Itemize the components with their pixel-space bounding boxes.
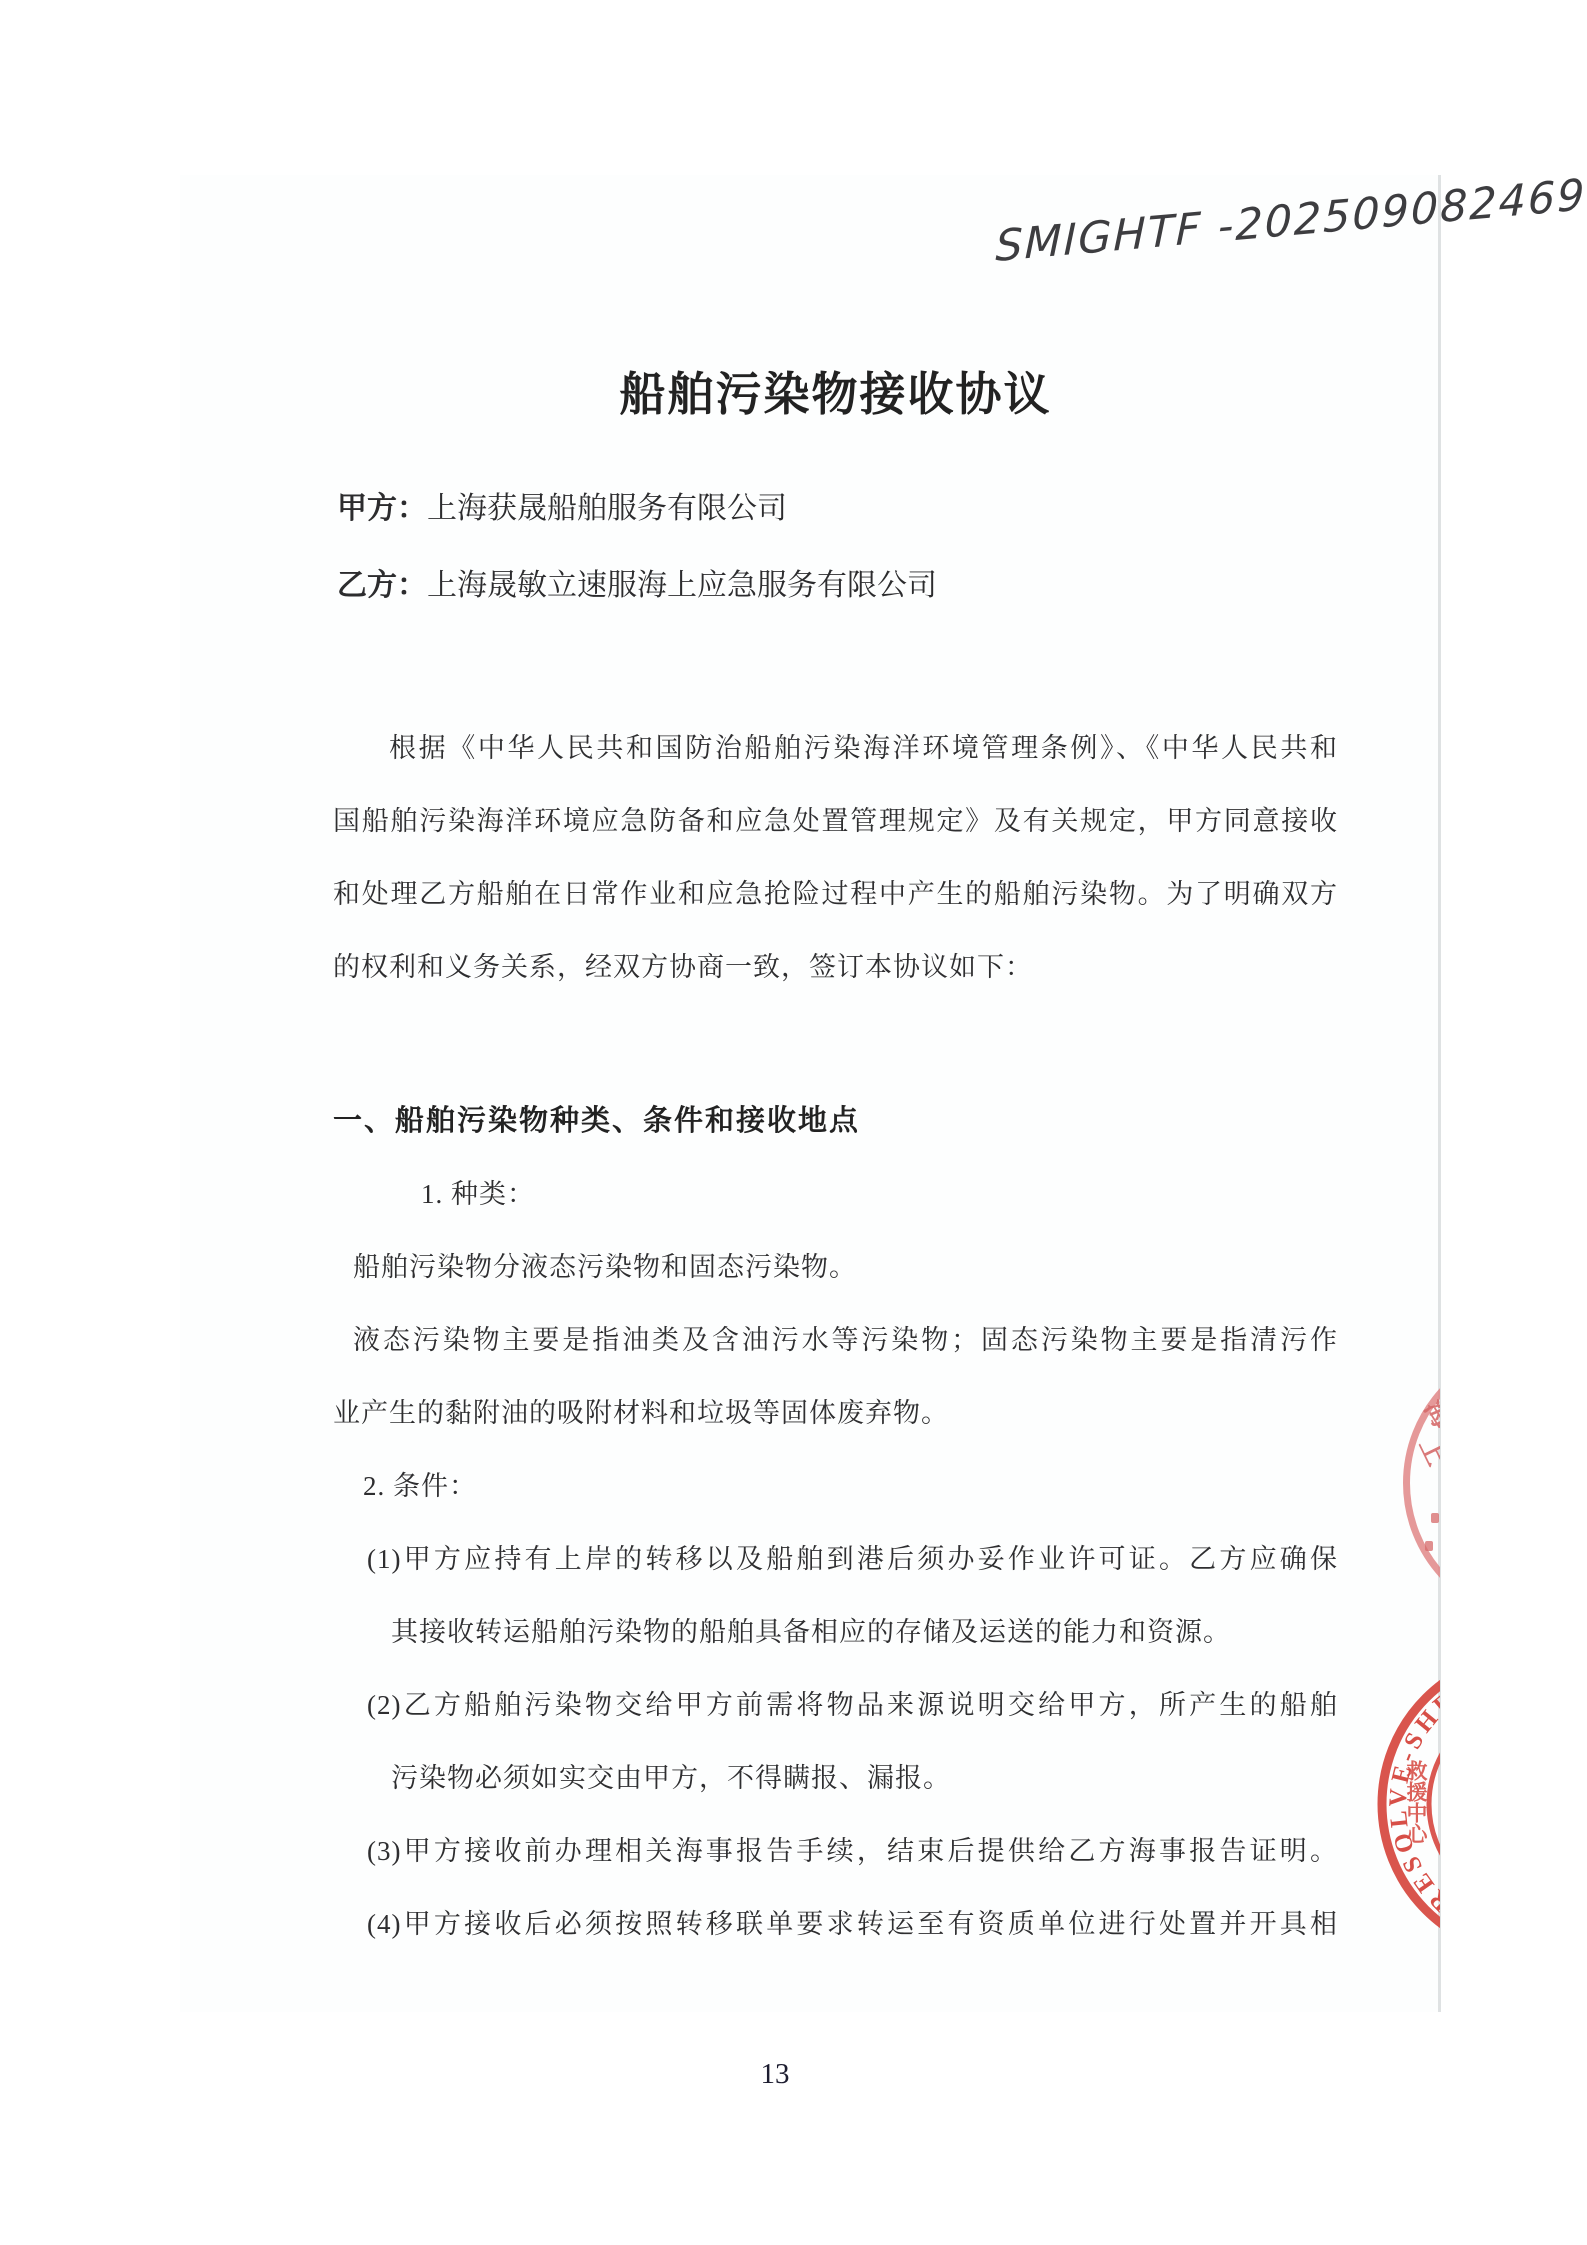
document-line: 和处理乙方船舶在日常作业和应急抢险过程中产生的船舶污染物。为了明确双方 <box>333 858 1338 931</box>
document-line: 1. 种类： <box>333 1158 1338 1231</box>
document-line: 业产生的黏附油的吸附材料和垃圾等固体废弃物。 <box>333 1377 1338 1450</box>
document-line: 污染物必须如实交由甲方，不得瞒报、漏报。 <box>333 1742 1338 1815</box>
party-a-label: 甲方： <box>337 492 427 525</box>
document-line: (3)甲方接收前办理相关海事报告手续，结束后提供给乙方海事报告证明。 <box>333 1815 1338 1888</box>
document-line: 2. 条件： <box>333 1450 1338 1523</box>
document-line: 的权利和义务关系，经双方协商一致，签订本协议如下： <box>333 931 1338 1004</box>
document-line: (1)甲方应持有上岸的转移以及船舶到港后须办妥作业许可证。乙方应确保 <box>333 1523 1338 1596</box>
document-title: 船舶污染物接收协议 <box>333 358 1338 424</box>
page-edge-line <box>1438 175 1441 2012</box>
party-a-line: 甲方：上海获晟船舶服务有限公司 <box>337 487 787 531</box>
document-line: 国船舶污染海洋环境应急防备和应急处置管理规定》及有关规定，甲方同意接收 <box>333 785 1338 858</box>
document-line: 根据《中华人民共和国防治船舶污染海洋环境管理条例》、《中华人民共和 <box>333 712 1338 785</box>
scanned-document-page: { "document": { "annotation": "SMIGHTF -… <box>0 0 1587 2245</box>
party-b-name: 上海晟敏立速服海上应急服务有限公司 <box>427 569 937 602</box>
document-line: (4)甲方接收后必须按照转移联单要求转运至有资质单位进行处置并开具相 <box>333 1888 1338 1961</box>
document-line: 一、船舶污染物种类、条件和接收地点 <box>333 1085 1338 1158</box>
party-b-line: 乙方：上海晟敏立速服海上应急服务有限公司 <box>337 564 937 608</box>
page-number: 13 <box>745 2058 805 2091</box>
party-a-name: 上海获晟船舶服务有限公司 <box>427 492 787 525</box>
document-line: 船舶污染物分液态污染物和固态污染物。 <box>333 1231 1338 1304</box>
document-lines: 根据《中华人民共和国防治船舶污染海洋环境管理条例》、《中华人民共和国船舶污染海洋… <box>333 712 1338 1961</box>
document-line: 其接收转运船舶污染物的船舶具备相应的存储及运送的能力和资源。 <box>333 1596 1338 1669</box>
party-b-label: 乙方： <box>337 569 427 602</box>
document-line: (2)乙方船舶污染物交给甲方前需将物品来源说明交给甲方，所产生的船舶 <box>333 1669 1338 1742</box>
document-line: 液态污染物主要是指油类及含油污水等污染物；固态污染物主要是指清污作 <box>333 1304 1338 1377</box>
